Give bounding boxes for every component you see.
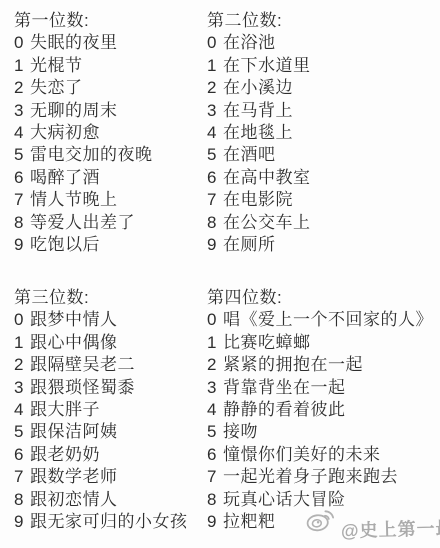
list-item: 5跟保洁阿姨 — [14, 421, 188, 443]
item-text: 在浴池 — [223, 33, 276, 52]
item-digit: 3 — [207, 377, 218, 399]
item-digit: 0 — [14, 309, 25, 331]
item-digit: 6 — [207, 167, 218, 189]
weibo-logo-icon — [303, 501, 338, 539]
list-item: 9在厕所 — [207, 234, 311, 256]
list-item: 4大病初愈 — [14, 122, 153, 144]
item-digit: 7 — [207, 189, 218, 211]
item-digit: 4 — [14, 399, 25, 421]
meme-list-image: 第一位数: 0失眠的夜里1光棍节2失恋了3无聊的周末4大病初愈5雷电交加的夜晚6… — [0, 0, 440, 548]
item-text: 跟猥琐怪蜀黍 — [30, 378, 135, 397]
item-text: 在公交车上 — [223, 213, 311, 232]
item-digit: 7 — [14, 189, 25, 211]
list-item: 4在地毯上 — [207, 122, 311, 144]
list-item: 2紧紧的拥抱在一起 — [207, 354, 433, 376]
item-text: 情人节晚上 — [30, 190, 118, 209]
item-text: 跟心中偶像 — [30, 333, 118, 352]
item-digit: 5 — [14, 144, 25, 166]
item-text: 跟无家可归的小女孩 — [30, 512, 188, 531]
item-digit: 5 — [14, 421, 25, 443]
item-digit: 3 — [14, 100, 25, 122]
item-digit: 1 — [14, 332, 25, 354]
item-digit: 1 — [207, 55, 218, 77]
list-item: 3在马背上 — [207, 100, 311, 122]
item-digit: 5 — [207, 144, 218, 166]
item-text: 跟初恋情人 — [30, 490, 118, 509]
list-item: 4跟大胖子 — [14, 399, 188, 421]
list-item: 6跟老奶奶 — [14, 444, 188, 466]
item-text: 雷电交加的夜晚 — [30, 145, 153, 164]
list-item: 6憧憬你们美好的未来 — [207, 444, 433, 466]
section-first-digit: 第一位数: 0失眠的夜里1光棍节2失恋了3无聊的周末4大病初愈5雷电交加的夜晚6… — [14, 10, 153, 256]
list-item: 7在电影院 — [207, 189, 311, 211]
item-text: 接吻 — [223, 422, 258, 441]
item-digit: 9 — [207, 234, 218, 256]
list-item: 9跟无家可归的小女孩 — [14, 511, 188, 533]
item-list: 0跟梦中情人1跟心中偶像2跟隔壁吴老二3跟猥琐怪蜀黍4跟大胖子5跟保洁阿姨6跟老… — [14, 309, 188, 533]
watermark: @史上第一最最搞 — [305, 503, 440, 538]
item-digit: 0 — [14, 32, 25, 54]
item-text: 跟大胖子 — [30, 400, 100, 419]
section-title: 第二位数: — [207, 10, 311, 32]
item-text: 唱《爱上一个不回家的人》 — [223, 310, 433, 329]
list-item: 1跟心中偶像 — [14, 332, 188, 354]
item-digit: 2 — [14, 77, 25, 99]
item-digit: 1 — [207, 332, 218, 354]
item-digit: 9 — [14, 511, 25, 533]
list-item: 0唱《爱上一个不回家的人》 — [207, 309, 433, 331]
list-item: 3无聊的周末 — [14, 100, 153, 122]
item-digit: 4 — [14, 122, 25, 144]
item-digit: 8 — [14, 489, 25, 511]
item-text: 吃饱以后 — [30, 235, 100, 254]
item-digit: 8 — [14, 212, 25, 234]
list-item: 1在下水道里 — [207, 55, 311, 77]
list-item: 8跟初恋情人 — [14, 489, 188, 511]
list-item: 5在酒吧 — [207, 144, 311, 166]
item-text: 比赛吃蟑螂 — [223, 333, 311, 352]
item-text: 在小溪边 — [223, 78, 293, 97]
item-text: 失眠的夜里 — [30, 33, 118, 52]
item-text: 在酒吧 — [223, 145, 276, 164]
section-title: 第一位数: — [14, 10, 153, 32]
item-digit: 7 — [14, 466, 25, 488]
watermark-handle: @史上第一最最搞 — [341, 518, 440, 540]
item-text: 大病初愈 — [30, 123, 100, 142]
item-text: 跟数学老师 — [30, 467, 118, 486]
item-digit: 3 — [207, 100, 218, 122]
item-digit: 2 — [207, 354, 218, 376]
list-item: 5雷电交加的夜晚 — [14, 144, 153, 166]
item-text: 在下水道里 — [223, 56, 311, 75]
item-text: 背靠背坐在一起 — [223, 378, 346, 397]
item-text: 无聊的周末 — [30, 101, 118, 120]
item-digit: 5 — [207, 421, 218, 443]
list-item: 2跟隔壁吴老二 — [14, 354, 188, 376]
list-item: 0在浴池 — [207, 32, 311, 54]
item-text: 在电影院 — [223, 190, 293, 209]
item-text: 紧紧的拥抱在一起 — [223, 355, 363, 374]
list-item: 1光棍节 — [14, 55, 153, 77]
list-item: 9吃饱以后 — [14, 234, 153, 256]
item-text: 静静的看着彼此 — [223, 400, 346, 419]
list-item: 1比赛吃蟑螂 — [207, 332, 433, 354]
section-title: 第三位数: — [14, 287, 188, 309]
item-digit: 4 — [207, 399, 218, 421]
item-text: 拉粑粑 — [223, 512, 276, 531]
item-text: 光棍节 — [30, 56, 83, 75]
item-text: 在厕所 — [223, 235, 276, 254]
item-text: 跟老奶奶 — [30, 445, 100, 464]
item-text: 失恋了 — [30, 78, 83, 97]
list-item: 6喝醉了酒 — [14, 167, 153, 189]
item-digit: 2 — [207, 77, 218, 99]
item-list: 0失眠的夜里1光棍节2失恋了3无聊的周末4大病初愈5雷电交加的夜晚6喝醉了酒7情… — [14, 32, 153, 256]
list-item: 8在公交车上 — [207, 212, 311, 234]
item-digit: 0 — [207, 309, 218, 331]
item-digit: 0 — [207, 32, 218, 54]
item-digit: 8 — [207, 489, 218, 511]
item-digit: 7 — [207, 466, 218, 488]
list-item: 4静静的看着彼此 — [207, 399, 433, 421]
list-item: 3背靠背坐在一起 — [207, 377, 433, 399]
item-text: 在地毯上 — [223, 123, 293, 142]
section-third-digit: 第三位数: 0跟梦中情人1跟心中偶像2跟隔壁吴老二3跟猥琐怪蜀黍4跟大胖子5跟保… — [14, 287, 188, 533]
item-text: 跟隔壁吴老二 — [30, 355, 135, 374]
item-digit: 4 — [207, 122, 218, 144]
section-second-digit: 第二位数: 0在浴池1在下水道里2在小溪边3在马背上4在地毯上5在酒吧6在高中教… — [207, 10, 311, 256]
item-text: 喝醉了酒 — [30, 168, 100, 187]
item-text: 跟梦中情人 — [30, 310, 118, 329]
item-list: 0在浴池1在下水道里2在小溪边3在马背上4在地毯上5在酒吧6在高中教室7在电影院… — [207, 32, 311, 256]
list-item: 7跟数学老师 — [14, 466, 188, 488]
section-fourth-digit: 第四位数: 0唱《爱上一个不回家的人》1比赛吃蟑螂2紧紧的拥抱在一起3背靠背坐在… — [207, 287, 433, 533]
item-text: 憧憬你们美好的未来 — [223, 445, 381, 464]
list-item: 8等爱人出差了 — [14, 212, 153, 234]
section-title: 第四位数: — [207, 287, 433, 309]
item-text: 等爱人出差了 — [30, 213, 135, 232]
list-item: 5接吻 — [207, 421, 433, 443]
item-digit: 2 — [14, 354, 25, 376]
list-item: 7情人节晚上 — [14, 189, 153, 211]
item-text: 跟保洁阿姨 — [30, 422, 118, 441]
list-item: 3跟猥琐怪蜀黍 — [14, 377, 188, 399]
list-item: 6在高中教室 — [207, 167, 311, 189]
item-digit: 9 — [207, 511, 218, 533]
item-text: 在高中教室 — [223, 168, 311, 187]
list-item: 0跟梦中情人 — [14, 309, 188, 331]
item-digit: 1 — [14, 55, 25, 77]
item-digit: 6 — [14, 167, 25, 189]
list-item: 2在小溪边 — [207, 77, 311, 99]
item-text: 在马背上 — [223, 101, 293, 120]
item-digit: 3 — [14, 377, 25, 399]
item-digit: 9 — [14, 234, 25, 256]
list-item: 7一起光着身子跑来跑去 — [207, 466, 433, 488]
item-list: 0唱《爱上一个不回家的人》1比赛吃蟑螂2紧紧的拥抱在一起3背靠背坐在一起4静静的… — [207, 309, 433, 533]
list-item: 0失眠的夜里 — [14, 32, 153, 54]
item-digit: 8 — [207, 212, 218, 234]
list-item: 2失恋了 — [14, 77, 153, 99]
item-digit: 6 — [207, 444, 218, 466]
item-digit: 6 — [14, 444, 25, 466]
item-text: 一起光着身子跑来跑去 — [223, 467, 398, 486]
